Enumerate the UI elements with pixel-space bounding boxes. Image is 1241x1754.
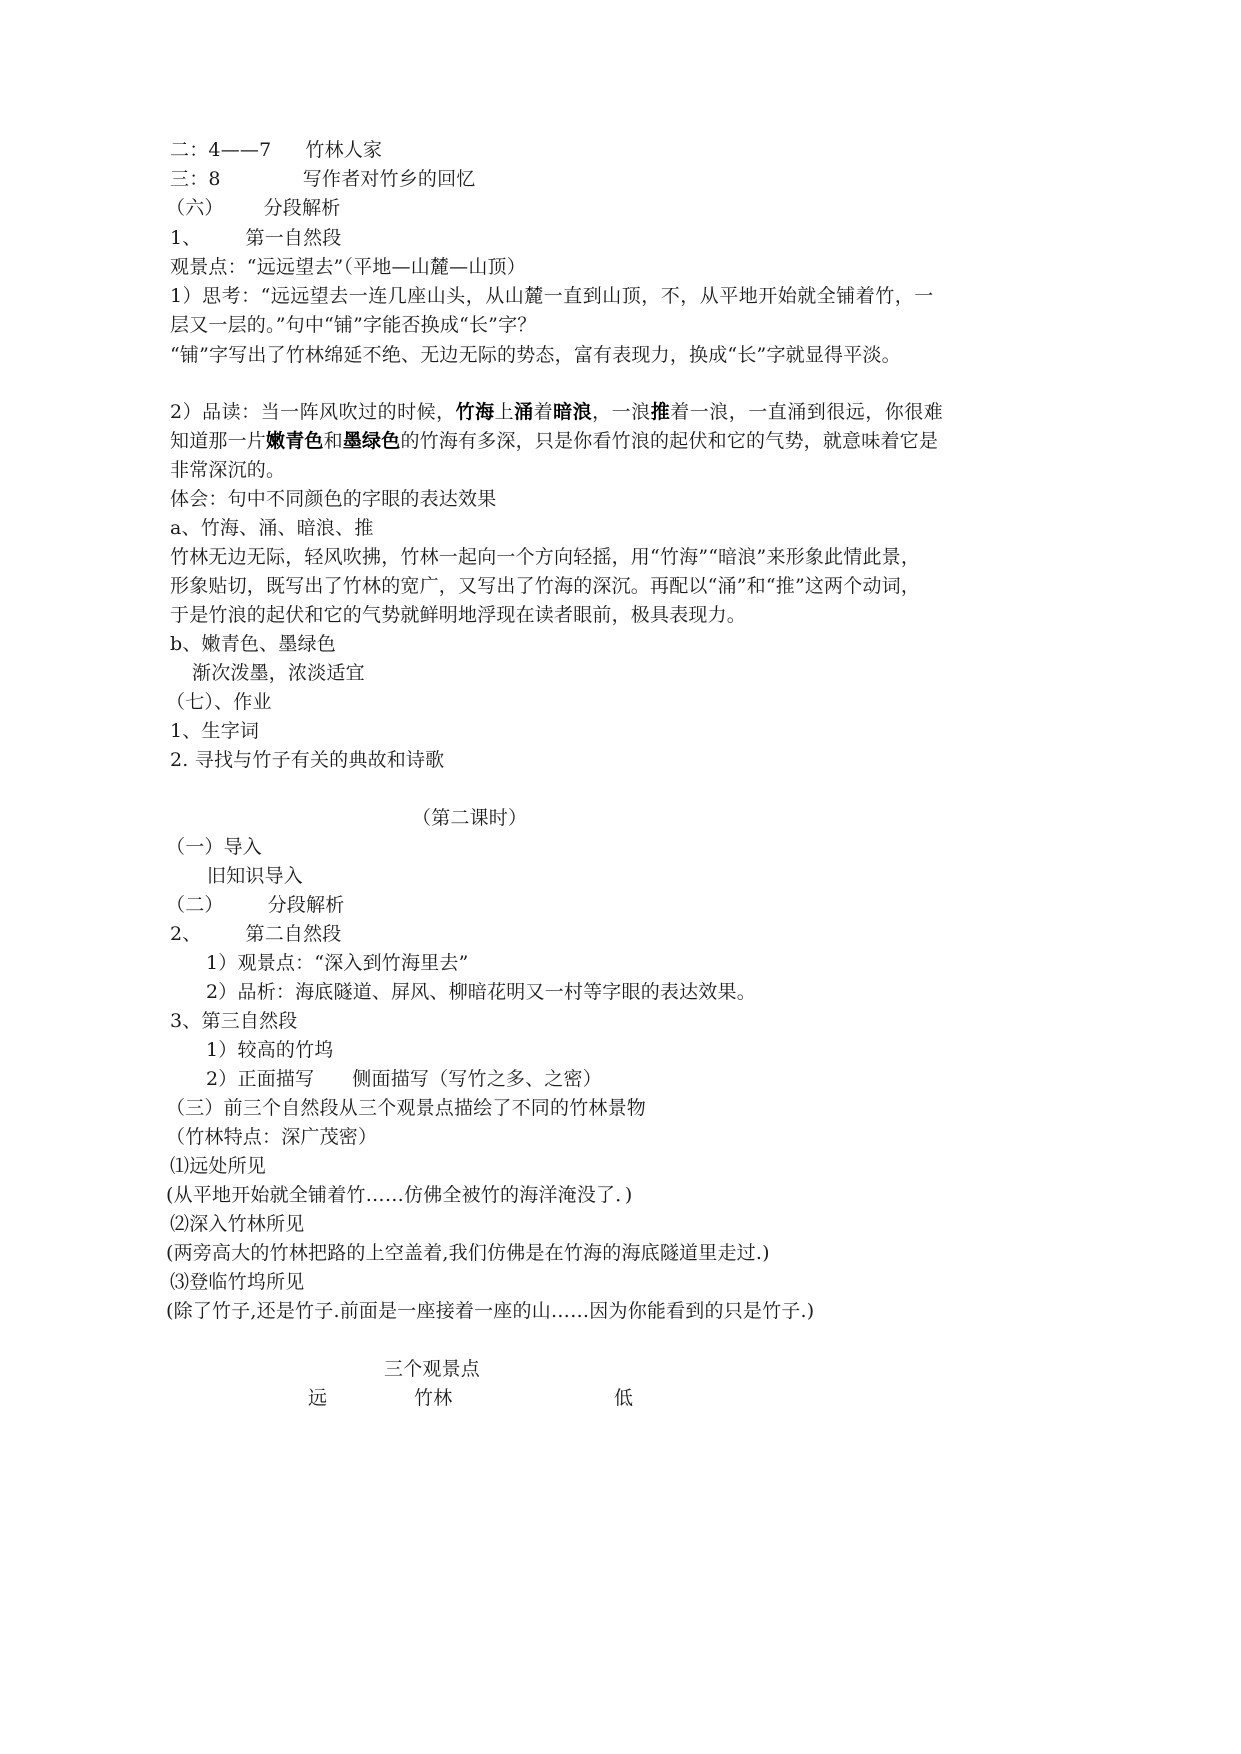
item-number: 1、 xyxy=(170,227,202,249)
section-heading-2: （二）分段解析 xyxy=(166,893,344,917)
outline-title: 竹林人家 xyxy=(305,139,382,161)
analysis-line-1: 竹林无边无际，轻风吹拂，竹林一起向一个方向轻摇，用“竹海”“暗浪”来形象此情此景… xyxy=(170,545,920,569)
bold-keyword: 竹海 xyxy=(456,401,495,423)
keyword-list-b: b、嫩青色、墨绿色 xyxy=(170,632,336,656)
item-title: 第二自然段 xyxy=(246,923,342,945)
view-2-quote: (两旁高大的竹林把路的上空盖着,我们仿佛是在竹海的海底隧道里走过.) xyxy=(166,1241,770,1265)
analysis-line-3: 于是竹浪的起伏和它的气势就鲜明地浮现在读者眼前，极具表现力。 xyxy=(170,603,746,627)
document-page: 二：4——7竹林人家 三：8写作者对竹乡的回忆 （六）分段解析 1、第一自然段 … xyxy=(0,0,1241,1754)
text-run: 2）品读：当一阵风吹过的时候， xyxy=(170,401,456,423)
question-line-2: 层又一层的。”句中“铺”字能否换成“长”字？ xyxy=(170,313,536,337)
paragraph-heading-1: 1、第一自然段 xyxy=(170,226,342,250)
intro-note: 旧知识导入 xyxy=(207,864,303,888)
bold-keyword: 涌 xyxy=(514,401,534,423)
text-run: ，一浪 xyxy=(592,401,651,423)
keyword-b-note: 渐次泼墨，浓淡适宜 xyxy=(192,661,365,685)
reading-line-3: 非常深沉的。 xyxy=(170,458,285,482)
bold-keyword: 暗浪 xyxy=(553,401,592,423)
outline-title: 写作者对竹乡的回忆 xyxy=(303,168,476,190)
para2-viewpoint: 1）观景点：“深入到竹海里去” xyxy=(206,951,469,975)
section-heading-intro: （一）导入 xyxy=(166,835,262,859)
text-run: 着一浪，一直涌到很远，你很难 xyxy=(670,401,943,423)
section-number: （六） xyxy=(166,197,224,219)
text-run: 和 xyxy=(324,430,343,452)
text-run: 着 xyxy=(534,401,554,423)
analysis-line-2: 形象贴切，既写出了竹林的宽广，又写出了竹海的深沉。再配以“涌”和“推”这两个动词… xyxy=(170,574,920,598)
text-run: 知道那一片 xyxy=(170,430,266,452)
lesson-title: （第二课时） xyxy=(412,806,527,830)
outline-label: 二：4——7 xyxy=(170,139,271,161)
section-number: （二） xyxy=(166,894,224,916)
section-title: 分段解析 xyxy=(268,894,345,916)
answer-line: “铺”字写出了竹林绵延不绝、无边无际的势态，富有表现力，换成“长”字就显得平淡。 xyxy=(170,343,901,367)
diagram-label-far: 远 xyxy=(308,1386,327,1410)
outline-part-three: 三：8写作者对竹乡的回忆 xyxy=(170,167,476,191)
bold-keyword: 墨绿色 xyxy=(343,430,401,452)
reading-line-2: 知道那一片嫩青色和墨绿色的竹海有多深，只是你看竹浪的起伏和它的气势，就意味着它是 xyxy=(170,429,938,453)
view-3-heading: ⑶登临竹坞所见 xyxy=(170,1270,304,1294)
viewpoint-line: 观景点：“远远望去”（平地—山麓—山顶） xyxy=(170,255,526,279)
diagram-label-low: 低 xyxy=(614,1386,633,1410)
text-run: 侧面描写（写竹之多、之密） xyxy=(352,1068,602,1090)
bold-keyword: 推 xyxy=(651,401,671,423)
homework-heading: （七）、作业 xyxy=(166,690,272,714)
paragraph-heading-2: 2、第二自然段 xyxy=(170,922,342,946)
view-3-quote: (除了竹子,还是竹子.前面是一座接着一座的山……因为你能看到的只是竹子.) xyxy=(166,1299,814,1323)
keyword-list-a: a、竹海、涌、暗浪、推 xyxy=(170,516,374,540)
section-title: 分段解析 xyxy=(264,197,341,219)
bamboo-features: （竹林特点：深广茂密） xyxy=(166,1125,377,1149)
para3-item-2: 2）正面描写侧面描写（写竹之多、之密） xyxy=(206,1067,602,1091)
diagram-title: 三个观景点 xyxy=(384,1357,480,1381)
reading-line-1: 2）品读：当一阵风吹过的时候，竹海上涌着暗浪，一浪推着一浪，一直涌到很远，你很难 xyxy=(170,400,943,424)
text-run: 的竹海有多深，只是你看竹浪的起伏和它的气势，就意味着它是 xyxy=(400,430,938,452)
item-number: 2、 xyxy=(170,923,202,945)
para3-item-1: 1）较高的竹坞 xyxy=(206,1038,334,1062)
question-line-1: 1）思考：“远远望去一连几座山头，从山麓一直到山顶，不，从平地开始就全铺着竹，一 xyxy=(170,284,934,308)
section-heading-3: （三）前三个自然段从三个观景点描绘了不同的竹林景物 xyxy=(166,1096,646,1120)
item-title: 第一自然段 xyxy=(246,227,342,249)
paragraph-heading-3: 3、第三自然段 xyxy=(170,1009,298,1033)
section-heading-6: （六）分段解析 xyxy=(166,196,340,220)
insight-heading: 体会：句中不同颜色的字眼的表达效果 xyxy=(170,487,496,511)
para2-analysis: 2）品析：海底隧道、屏风、柳暗花明又一村等字眼的表达效果。 xyxy=(206,980,756,1004)
view-1-heading: ⑴远处所见 xyxy=(170,1154,266,1178)
outline-label: 三：8 xyxy=(170,168,221,190)
diagram-label-bamboo: 竹林 xyxy=(414,1386,452,1410)
view-2-heading: ⑵深入竹林所见 xyxy=(170,1212,304,1236)
outline-part-two: 二：4——7竹林人家 xyxy=(170,138,382,162)
homework-item-2: 2. 寻找与竹子有关的典故和诗歌 xyxy=(170,748,444,772)
text-run: 上 xyxy=(495,401,515,423)
homework-item-1: 1、生字词 xyxy=(170,719,259,743)
text-run: 2）正面描写 xyxy=(206,1068,314,1090)
bold-keyword: 嫩青色 xyxy=(266,430,324,452)
view-1-quote: (从平地开始就全铺着竹……仿佛全被竹的海洋淹没了．) xyxy=(166,1183,633,1207)
